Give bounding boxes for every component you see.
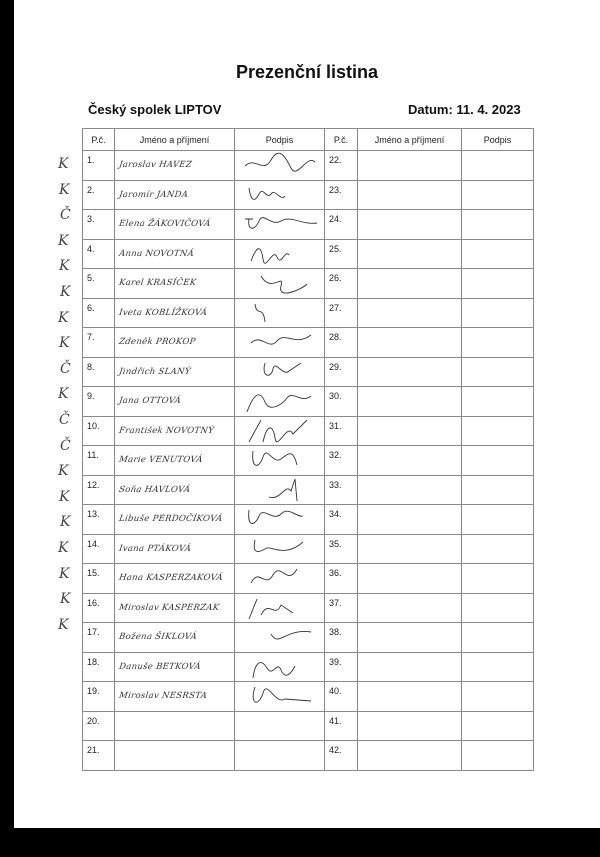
row-number: 39. bbox=[325, 652, 358, 682]
handwritten-name: Karel KRASÍČEK bbox=[118, 278, 197, 288]
row-number: 15. bbox=[83, 564, 115, 594]
signature-cell bbox=[462, 328, 534, 358]
signature-cell bbox=[462, 446, 534, 476]
margin-check-mark: Č bbox=[59, 412, 70, 428]
row-number: 7. bbox=[83, 328, 115, 358]
attendee-name: Iveta KOBLÍŽKOVÁ bbox=[115, 298, 235, 328]
header-name: Jméno a příjmení bbox=[115, 129, 235, 151]
table-row: 16.Miroslav KASPERZAK37. bbox=[83, 593, 534, 623]
table-row: 12.Soňa HAVLOVÁ33. bbox=[83, 475, 534, 505]
handwritten-name: Soňa HAVLOVÁ bbox=[118, 485, 191, 495]
row-number: 31. bbox=[325, 416, 358, 446]
signature-scribble bbox=[241, 595, 321, 621]
signature-cell bbox=[462, 180, 534, 210]
row-number: 21. bbox=[83, 741, 115, 771]
signature-cell bbox=[462, 269, 534, 299]
margin-check-mark: K bbox=[59, 182, 69, 198]
signature-cell bbox=[462, 534, 534, 564]
row-number: 11. bbox=[83, 446, 115, 476]
signature-cell bbox=[235, 151, 325, 181]
signature-cell bbox=[235, 298, 325, 328]
handwritten-name: Zdeněk PROKOP bbox=[118, 337, 196, 347]
handwritten-name: Hana KASPERZAKOVÁ bbox=[118, 573, 223, 583]
attendee-name bbox=[358, 446, 462, 476]
attendee-name: Ivana PTÁKOVÁ bbox=[115, 534, 235, 564]
signature-cell bbox=[462, 652, 534, 682]
handwritten-name: Jaroslav HAVEZ bbox=[118, 160, 192, 170]
attendee-name bbox=[358, 239, 462, 269]
table-row: 19.Miroslav NESRSTA40. bbox=[83, 682, 534, 712]
signature-scribble bbox=[241, 477, 321, 503]
handwritten-name: Jana OTTOVÁ bbox=[118, 396, 181, 406]
signature-scribble bbox=[241, 654, 321, 680]
row-number: 35. bbox=[325, 534, 358, 564]
margin-check-mark: K bbox=[60, 514, 70, 530]
row-number: 1. bbox=[83, 151, 115, 181]
signature-cell bbox=[235, 239, 325, 269]
signature-cell bbox=[462, 357, 534, 387]
attendee-name bbox=[358, 475, 462, 505]
row-number: 30. bbox=[325, 387, 358, 417]
table-row: 11.Marie VENUTOVÁ32. bbox=[83, 446, 534, 476]
margin-check-mark: K bbox=[59, 258, 69, 274]
attendance-table: P.č. Jméno a příjmení Podpis P.č. Jméno … bbox=[82, 128, 534, 771]
handwritten-name: Libuše PERDOČÍKOVÁ bbox=[118, 514, 223, 524]
handwritten-name: Elena ŽÁKOVIČOVÁ bbox=[118, 219, 211, 229]
handwritten-name: František NOVOTNÝ bbox=[118, 426, 214, 436]
attendee-name: Marie VENUTOVÁ bbox=[115, 446, 235, 476]
signature-scribble bbox=[241, 211, 321, 237]
attendee-name bbox=[358, 298, 462, 328]
table-row: 4.Anna NOVOTNÁ25. bbox=[83, 239, 534, 269]
table-row: 13.Libuše PERDOČÍKOVÁ34. bbox=[83, 505, 534, 535]
signature-cell bbox=[462, 505, 534, 535]
attendee-name bbox=[358, 741, 462, 771]
row-number: 4. bbox=[83, 239, 115, 269]
attendee-name: Hana KASPERZAKOVÁ bbox=[115, 564, 235, 594]
signature-cell bbox=[462, 151, 534, 181]
signature-scribble bbox=[241, 182, 321, 208]
row-number: 27. bbox=[325, 298, 358, 328]
signature-cell bbox=[462, 387, 534, 417]
attendee-name bbox=[358, 564, 462, 594]
attendee-name: Danuše BETKOVÁ bbox=[115, 652, 235, 682]
signature-cell bbox=[235, 357, 325, 387]
handwritten-name: Danuše BETKOVÁ bbox=[118, 662, 201, 672]
row-number: 24. bbox=[325, 210, 358, 240]
signature-cell bbox=[235, 328, 325, 358]
handwritten-name: Ivana PTÁKOVÁ bbox=[118, 544, 191, 554]
attendee-name: Miroslav KASPERZAK bbox=[115, 593, 235, 623]
attendee-name bbox=[358, 652, 462, 682]
handwritten-name: Božena ŠIKLOVÁ bbox=[118, 632, 197, 642]
signature-cell bbox=[462, 210, 534, 240]
margin-check-mark: K bbox=[58, 617, 68, 633]
attendee-name bbox=[358, 416, 462, 446]
signature-scribble bbox=[241, 683, 321, 709]
table-row: 10.František NOVOTNÝ31. bbox=[83, 416, 534, 446]
table-row: 1.Jaroslav HAVEZ22. bbox=[83, 151, 534, 181]
row-number: 19. bbox=[83, 682, 115, 712]
handwritten-name: Jaromír JANDA bbox=[118, 190, 188, 200]
attendee-name bbox=[115, 741, 235, 771]
row-number: 14. bbox=[83, 534, 115, 564]
row-number: 38. bbox=[325, 623, 358, 653]
margin-check-mark: K bbox=[59, 335, 69, 351]
row-number: 37. bbox=[325, 593, 358, 623]
signature-scribble bbox=[241, 359, 321, 385]
signature-cell bbox=[462, 416, 534, 446]
row-number: 28. bbox=[325, 328, 358, 358]
signature-scribble bbox=[241, 418, 321, 444]
signature-cell bbox=[462, 741, 534, 771]
table-header-row: P.č. Jméno a příjmení Podpis P.č. Jméno … bbox=[83, 129, 534, 151]
table-row: 20.41. bbox=[83, 711, 534, 741]
signature-scribble bbox=[241, 506, 321, 532]
document-date: Datum: 11. 4. 2023 bbox=[408, 102, 521, 117]
signature-scribble bbox=[241, 241, 321, 267]
margin-check-mark: Č bbox=[60, 207, 71, 223]
signature-cell bbox=[235, 180, 325, 210]
attendee-name: Jindřich SLANÝ bbox=[115, 357, 235, 387]
signature-cell bbox=[235, 269, 325, 299]
signature-cell bbox=[462, 682, 534, 712]
handwritten-name: Iveta KOBLÍŽKOVÁ bbox=[118, 308, 207, 318]
attendee-name bbox=[358, 623, 462, 653]
signature-cell bbox=[462, 475, 534, 505]
margin-check-mark: K bbox=[58, 463, 68, 479]
row-number: 22. bbox=[325, 151, 358, 181]
row-number: 41. bbox=[325, 711, 358, 741]
attendee-name bbox=[358, 328, 462, 358]
attendee-name bbox=[358, 534, 462, 564]
row-number: 23. bbox=[325, 180, 358, 210]
signature-cell bbox=[235, 416, 325, 446]
signature-scribble bbox=[241, 300, 321, 326]
row-number: 10. bbox=[83, 416, 115, 446]
margin-check-mark: K bbox=[60, 591, 70, 607]
attendance-sheet-page: Prezenční listina Český spolek LIPTOV Da… bbox=[14, 0, 600, 828]
signature-scribble bbox=[241, 536, 321, 562]
table-row: 17.Božena ŠIKLOVÁ38. bbox=[83, 623, 534, 653]
row-number: 12. bbox=[83, 475, 115, 505]
attendee-name bbox=[358, 180, 462, 210]
table-row: 8.Jindřich SLANÝ29. bbox=[83, 357, 534, 387]
row-number: 16. bbox=[83, 593, 115, 623]
table-row: 15.Hana KASPERZAKOVÁ36. bbox=[83, 564, 534, 594]
attendee-name: František NOVOTNÝ bbox=[115, 416, 235, 446]
signature-scribble bbox=[241, 329, 321, 355]
attendee-name: Elena ŽÁKOVIČOVÁ bbox=[115, 210, 235, 240]
attendee-name: Miroslav NESRSTA bbox=[115, 682, 235, 712]
margin-check-mark: K bbox=[59, 489, 69, 505]
attendee-name bbox=[358, 711, 462, 741]
attendee-name: Zdeněk PROKOP bbox=[115, 328, 235, 358]
attendee-name: Libuše PERDOČÍKOVÁ bbox=[115, 505, 235, 535]
row-number: 8. bbox=[83, 357, 115, 387]
attendee-name bbox=[358, 593, 462, 623]
signature-cell bbox=[235, 593, 325, 623]
handwritten-name: Anna NOVOTNÁ bbox=[118, 249, 194, 259]
handwritten-name: Jindřich SLANÝ bbox=[118, 367, 191, 377]
table-row: 2.Jaromír JANDA23. bbox=[83, 180, 534, 210]
signature-cell bbox=[235, 711, 325, 741]
signature-cell bbox=[462, 298, 534, 328]
organization-name: Český spolek LIPTOV bbox=[88, 102, 221, 117]
margin-check-mark: K bbox=[59, 566, 69, 582]
row-number: 42. bbox=[325, 741, 358, 771]
attendee-name: Jaroslav HAVEZ bbox=[115, 151, 235, 181]
attendee-name bbox=[115, 711, 235, 741]
table-row: 14.Ivana PTÁKOVÁ35. bbox=[83, 534, 534, 564]
row-number: 40. bbox=[325, 682, 358, 712]
attendee-name: Anna NOVOTNÁ bbox=[115, 239, 235, 269]
attendee-name: Jana OTTOVÁ bbox=[115, 387, 235, 417]
row-number: 6. bbox=[83, 298, 115, 328]
signature-cell bbox=[462, 564, 534, 594]
signature-cell bbox=[462, 239, 534, 269]
table-row: 3.Elena ŽÁKOVIČOVÁ24. bbox=[83, 210, 534, 240]
table-row: 18.Danuše BETKOVÁ39. bbox=[83, 652, 534, 682]
attendee-name: Soňa HAVLOVÁ bbox=[115, 475, 235, 505]
margin-check-mark: K bbox=[60, 284, 70, 300]
signature-scribble bbox=[241, 388, 321, 414]
table-row: 7.Zdeněk PROKOP28. bbox=[83, 328, 534, 358]
margin-check-mark: K bbox=[58, 233, 68, 249]
signature-scribble bbox=[241, 624, 321, 650]
table-row: 21.42. bbox=[83, 741, 534, 771]
handwritten-name: Marie VENUTOVÁ bbox=[118, 455, 203, 465]
header-number: P.č. bbox=[83, 129, 115, 151]
row-number: 20. bbox=[83, 711, 115, 741]
row-number: 18. bbox=[83, 652, 115, 682]
attendee-name bbox=[358, 387, 462, 417]
header-signature-2: Podpis bbox=[462, 129, 534, 151]
signature-scribble bbox=[241, 270, 321, 296]
table-row: 9.Jana OTTOVÁ30. bbox=[83, 387, 534, 417]
margin-check-mark: K bbox=[58, 386, 68, 402]
attendee-name: Božena ŠIKLOVÁ bbox=[115, 623, 235, 653]
margin-check-mark: K bbox=[58, 540, 68, 556]
attendee-name: Jaromír JANDA bbox=[115, 180, 235, 210]
header-name-2: Jméno a příjmení bbox=[358, 129, 462, 151]
attendee-name: Karel KRASÍČEK bbox=[115, 269, 235, 299]
row-number: 26. bbox=[325, 269, 358, 299]
row-number: 9. bbox=[83, 387, 115, 417]
table-row: 6.Iveta KOBLÍŽKOVÁ27. bbox=[83, 298, 534, 328]
header-number-2: P.č. bbox=[325, 129, 358, 151]
row-number: 32. bbox=[325, 446, 358, 476]
attendee-name bbox=[358, 210, 462, 240]
attendee-name bbox=[358, 151, 462, 181]
signature-cell bbox=[462, 623, 534, 653]
signature-cell bbox=[235, 682, 325, 712]
row-number: 5. bbox=[83, 269, 115, 299]
row-number: 25. bbox=[325, 239, 358, 269]
row-number: 3. bbox=[83, 210, 115, 240]
document-title: Prezenční listina bbox=[14, 62, 600, 83]
signature-scribble bbox=[241, 565, 321, 591]
attendee-name bbox=[358, 682, 462, 712]
signature-cell bbox=[235, 534, 325, 564]
row-number: 29. bbox=[325, 357, 358, 387]
attendee-name bbox=[358, 269, 462, 299]
signature-cell bbox=[235, 505, 325, 535]
row-number: 13. bbox=[83, 505, 115, 535]
signature-cell bbox=[235, 387, 325, 417]
signature-cell bbox=[235, 564, 325, 594]
signature-scribble bbox=[241, 447, 321, 473]
margin-check-mark: Č bbox=[60, 438, 71, 454]
signature-cell bbox=[235, 623, 325, 653]
signature-cell bbox=[235, 475, 325, 505]
row-number: 33. bbox=[325, 475, 358, 505]
header-signature: Podpis bbox=[235, 129, 325, 151]
signature-cell bbox=[462, 593, 534, 623]
signature-scribble bbox=[241, 152, 321, 178]
attendee-name bbox=[358, 505, 462, 535]
signature-cell bbox=[235, 652, 325, 682]
signature-cell bbox=[462, 711, 534, 741]
row-number: 36. bbox=[325, 564, 358, 594]
table-row: 5.Karel KRASÍČEK26. bbox=[83, 269, 534, 299]
row-number: 2. bbox=[83, 180, 115, 210]
margin-check-mark: Č bbox=[60, 361, 71, 377]
signature-cell bbox=[235, 210, 325, 240]
row-number: 34. bbox=[325, 505, 358, 535]
attendee-name bbox=[358, 357, 462, 387]
handwritten-name: Miroslav KASPERZAK bbox=[118, 603, 220, 613]
handwritten-name: Miroslav NESRSTA bbox=[118, 691, 207, 701]
signature-cell bbox=[235, 741, 325, 771]
signature-cell bbox=[235, 446, 325, 476]
margin-check-mark: K bbox=[58, 156, 68, 172]
row-number: 17. bbox=[83, 623, 115, 653]
margin-check-mark: K bbox=[58, 310, 68, 326]
